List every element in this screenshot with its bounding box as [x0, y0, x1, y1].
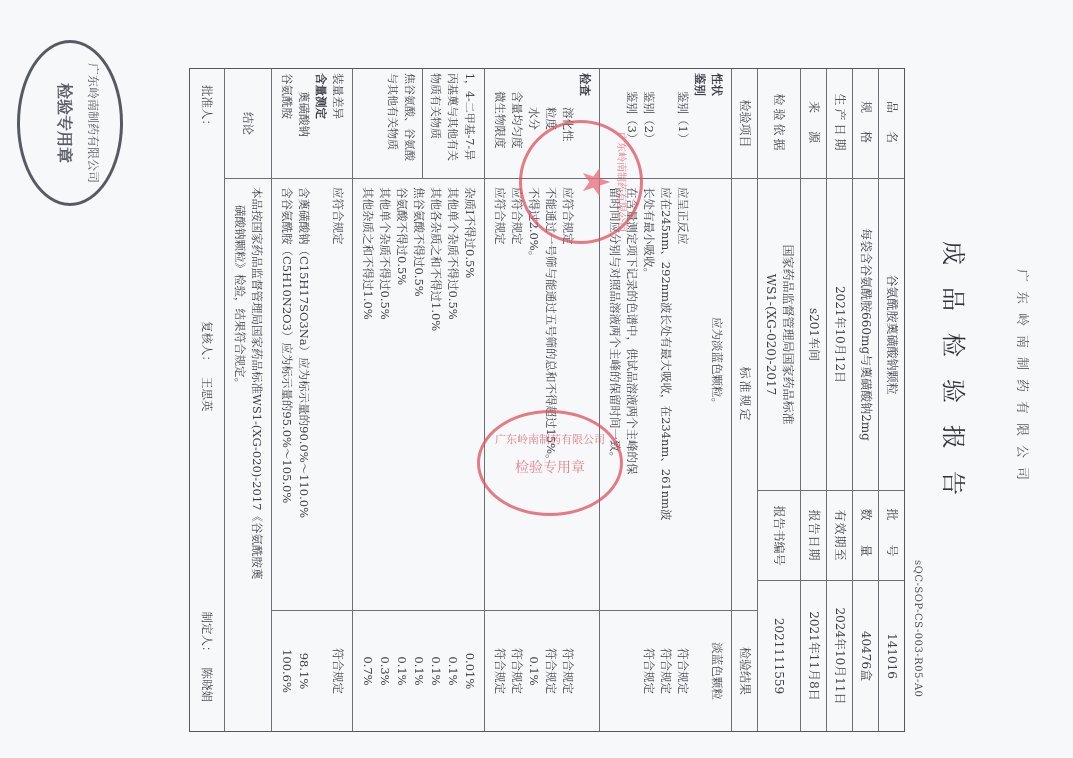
- res-related1-3: 0.1%: [427, 619, 444, 723]
- batch-number: 141016: [879, 581, 904, 731]
- label-production-date: 生产日期: [827, 69, 852, 179]
- item-assay-sodium: 薁磺酸钠: [295, 73, 312, 174]
- column-header-result: 检验结果: [732, 611, 757, 731]
- std-related2-4: 其他杂质之和不得过1.0%: [359, 187, 376, 602]
- label-expiry: 有效期至: [827, 491, 852, 581]
- column-header-standard: 标准规定: [732, 179, 757, 611]
- conclusion-row: 结论 本品按国家药品监督管理局国家药品标准WS1-(XG-020)-2017《谷…: [225, 69, 272, 731]
- label-source: 来 源: [801, 69, 826, 179]
- conclusion-label: 结论: [225, 69, 271, 179]
- item-assay: 含量测定: [312, 73, 329, 174]
- res-assay-sodium: 98.1%: [295, 619, 312, 723]
- std-related1-3: 其他各杂质之和不得过1.0%: [427, 187, 444, 602]
- item-microbial: 微生物限度: [491, 73, 508, 174]
- res-related2-4: 0.7%: [359, 619, 376, 723]
- res-assay-glutamine: 100.6%: [278, 619, 295, 723]
- std-appearance: 应为淡蓝色颗粒。: [708, 187, 725, 602]
- star-icon: ★: [577, 123, 615, 241]
- std-granularity: 不能通过一号筛与能通过五号筛的总和不得超过15%。: [542, 187, 559, 602]
- spacer: [312, 187, 329, 602]
- inspection-seal-red-text: 检验专用章: [480, 457, 620, 477]
- item-assay-glutamine: 谷氨酰胺: [278, 73, 295, 174]
- res-id2: 符合规定: [657, 619, 674, 723]
- res-related1-2: 0.1%: [444, 619, 461, 723]
- std-assay-sodium: 含薁磺酸钠（C15H17SO3Na）应为标示量的90.0%～110.0%: [295, 187, 312, 602]
- preparer-name: 陈晓娟: [199, 658, 215, 703]
- reviewer-name: 王思英: [199, 367, 215, 412]
- label-basis: 检验依据: [758, 69, 800, 179]
- std-related2-3: 其他单个杂质不得过0.5%: [376, 187, 393, 602]
- basis-line1: 国家药品监督管理局国家药品标准: [779, 185, 796, 484]
- label-spec: 规 格: [853, 69, 878, 179]
- preparer-label: 制定人：: [199, 412, 215, 658]
- production-date: 2021年10月12日: [827, 179, 852, 491]
- res-moisture: 0.1%: [525, 619, 542, 723]
- inspection-seal-dark-text: 检验专用章: [54, 43, 77, 203]
- res-id1: 符合规定: [674, 619, 691, 723]
- inspection-seal-red-company: 广东岭南制药有限公司: [480, 431, 620, 447]
- info-row-dates: 生产日期 2021年10月12日 有效期至 2024年10月11日: [826, 69, 852, 731]
- info-row-basis: 检验依据 国家药品监督管理局国家药品标准 WS1-(XG-020)-2017 报…: [757, 69, 800, 731]
- info-row-product: 品 名 谷氨酰胺薁磺酸钠颗粒 批 号 141016: [878, 69, 904, 731]
- res-appearance: 淡蓝色颗粒: [708, 619, 725, 723]
- std-id2-line2: 长处有最小吸收。: [640, 187, 657, 602]
- item-related2-line1: 焦谷氨酸、谷氨酸: [401, 73, 418, 174]
- std-id3-line2: 留时间应分别与对照品溶液两个主峰的保留时间一致。: [606, 187, 623, 602]
- source: s201车间: [801, 179, 826, 491]
- res-weight-variation: 符合规定: [329, 619, 346, 723]
- label-report-date: 报告日期: [801, 491, 826, 581]
- info-row-spec: 规 格 每袋含谷氨酰胺660mg与薁磺酸钠2mg 数 量 40476盒: [852, 69, 878, 731]
- item-related2-line2: 与其他有关物质: [384, 73, 401, 174]
- product-name: 谷氨酰胺薁磺酸钠颗粒: [879, 179, 904, 491]
- res-related2-1: 0.1%: [410, 619, 427, 723]
- std-related1-1: 杂质I不得过0.5%: [461, 187, 478, 602]
- spec: 每袋含谷氨酰胺660mg与薁磺酸钠2mg: [853, 179, 878, 491]
- spacer: [576, 619, 593, 723]
- inspection-seal-dark: 广东岭南制药有限公司 检验专用章: [17, 40, 123, 206]
- res-related1-1: 0.01%: [461, 619, 478, 723]
- std-related1-2: 其他单个杂质不得过0.5%: [444, 187, 461, 602]
- spacer: [576, 187, 593, 602]
- basis: 国家药品监督管理局国家药品标准 WS1-(XG-020)-2017: [758, 179, 800, 491]
- std-related2-2: 谷氨酸不得过0.5%: [393, 187, 410, 602]
- item-related1-line2: 丙基薁与其他有关: [444, 73, 461, 174]
- res-microbial: 符合规定: [491, 619, 508, 723]
- report-date: 2021年11月8日: [801, 581, 826, 731]
- label-report-no: 报告书编号: [758, 491, 800, 581]
- std-weight-variation: 应符合规定: [329, 187, 346, 602]
- inspection-report-page: 广东岭南制药有限公司 成品检验报告 sQC-SOP-CS-003-R05-A0 …: [0, 0, 1073, 758]
- item-related1-line3: 物质有关物质: [427, 73, 444, 174]
- res-related2-3: 0.3%: [376, 619, 393, 723]
- basis-line2: WS1-(XG-020)-2017: [762, 185, 779, 484]
- std-microbial: 应符合规定: [491, 187, 508, 602]
- column-header-item: 检验项目: [732, 69, 757, 179]
- spacer: [312, 619, 329, 723]
- reviewer-label: 复核人：: [199, 271, 215, 367]
- approver-label: 批准人：: [199, 69, 215, 131]
- std-solubility: 应符合规定: [559, 187, 576, 602]
- report-title: 成品检验报告: [938, 0, 973, 758]
- std-id3-line1: 在含量测定项下记录的色谱中，供试品溶液两个主峰的保: [623, 187, 640, 602]
- quantity: 40476盒: [853, 581, 878, 731]
- label-quantity: 数 量: [853, 491, 878, 581]
- block-assay: 装量差异 含量测定 薁磺酸钠 谷氨酰胺 应符合规定 含薁磺酸钠（C15H17SO…: [272, 69, 352, 731]
- spacer: [691, 187, 708, 602]
- item-identification: 鉴别: [691, 73, 708, 174]
- res-granularity: 符合规定: [542, 619, 559, 723]
- spacer: [691, 619, 708, 723]
- conclusion-line1: 本品按国家药品监督管理局国家药品标准WS1-(XG-020)-2017《谷氨酰胺…: [248, 187, 265, 723]
- res-id3: 符合规定: [640, 619, 657, 723]
- std-related2-1: 焦谷氨酸不得过0.5%: [410, 187, 427, 602]
- item-weight-variation: 装量差异: [329, 73, 346, 174]
- item-appearance: 性状: [708, 73, 725, 174]
- label-batch: 批 号: [879, 491, 904, 581]
- label-product-name: 品 名: [879, 69, 904, 179]
- std-assay-glutamine: 含谷氨酰胺（C5H10N2O3）应为标示量的95.0%～105.0%: [278, 187, 295, 602]
- inspection-seal-red: 广东岭南制药有限公司 检验专用章: [477, 410, 623, 516]
- std-id2-line1: 应在245nm、292nm波长处有最大吸收，在234nm、261nm波: [657, 187, 674, 602]
- company-seal: 广东岭南制药有限公司 ★: [519, 120, 643, 244]
- std-moisture: 不得过2.0%。: [525, 187, 542, 602]
- block-related-substances: 1，4-二甲基-7-异 丙基薁与其他有关 物质有关物质 焦谷氨酸、谷氨酸 与其他…: [352, 69, 484, 731]
- std-id1: 应呈正反应: [674, 187, 691, 602]
- res-solubility: 符合规定: [559, 619, 576, 723]
- res-uniformity: 符合规定: [508, 619, 525, 723]
- signature-row: 批准人： 复核人： 王思英 制定人： 陈晓娟: [190, 69, 225, 731]
- company-name: 广东岭南制药有限公司: [1014, 0, 1033, 758]
- report-number: 2021111559: [758, 581, 800, 731]
- item-id1: 鉴别（1）: [674, 73, 691, 174]
- inspection-seal-dark-company: 广东岭南制药有限公司: [85, 43, 102, 203]
- res-related2-2: 0.1%: [393, 619, 410, 723]
- column-header-row: 检验项目 标准规定 检验结果: [731, 69, 757, 731]
- document-number: sQC-SOP-CS-003-R05-A0: [912, 560, 923, 697]
- item-id2: 鉴别（2）: [640, 73, 657, 174]
- item-related1-line1: 1，4-二甲基-7-异: [461, 73, 478, 174]
- expiry-date: 2024年10月11日: [827, 581, 852, 731]
- info-row-source: 来 源 s201车间 报告日期 2021年11月8日: [800, 69, 826, 731]
- std-uniformity: 应符合规定: [508, 187, 525, 602]
- conclusion-line2: 磺酸钠颗粒》检验，结果符合规定。: [231, 187, 248, 723]
